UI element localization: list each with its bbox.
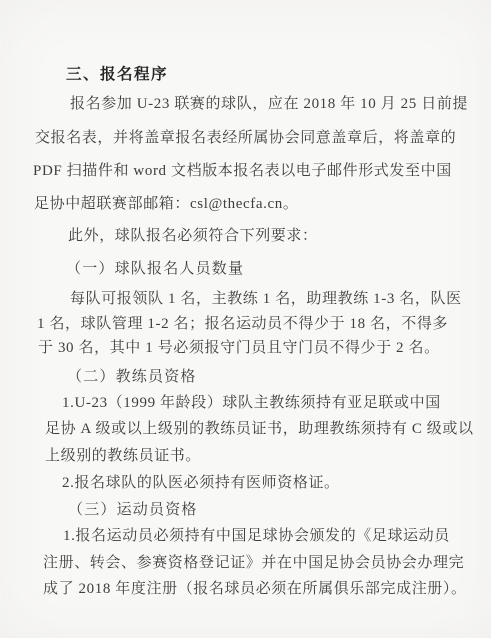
section-heading: 三、报名程序 — [66, 62, 168, 84]
text-line: 注册、转会、参赛资格登记证》并在中国足协会员协会办理完 — [43, 551, 464, 572]
text-line: 1.U-23（1999 年龄段）球队主教练须持有亚足联或中国 — [62, 391, 441, 412]
text-line: 此外，球队报名必须符合下列要求： — [68, 224, 318, 245]
text-line: 2.报名球队的队医必须持有医师资格证。 — [62, 471, 340, 492]
text-line: 上级别的教练员证书。 — [45, 444, 201, 465]
subsection-heading-3: （三）运动员资格 — [68, 498, 198, 519]
text-line-email: 足协中超联赛部邮箱：csl@thecfa.cn。 — [34, 192, 298, 213]
text-line: 足协 A 级或以上级别的教练员证书，助理教练须持有 C 级或以 — [45, 417, 474, 438]
text-line: 成了 2018 年度注册（报名球员必须在所属俱乐部完成注册）。 — [43, 577, 467, 598]
text-line: PDF 扫描件和 word 文档版本报名表以电子邮件形式发至中国 — [33, 159, 452, 180]
subsection-heading-1: （一）球队报名人员数量 — [66, 257, 244, 278]
text-line: 交报名表，并将盖章报名表经所属协会同意盖章后，将盖章的 — [35, 126, 456, 147]
text-line: 每队可报领队 1 名，主教练 1 名，助理教练 1-3 名，队医 — [70, 287, 462, 308]
text-line: 于 30 名，其中 1 号必须报守门员且守门员不得少于 2 名。 — [38, 336, 440, 357]
document-page: 三、报名程序 报名参加 U-23 联赛的球队，应在 2018 年 10 月 25… — [0, 0, 491, 638]
subsection-heading-2: （二）教练员资格 — [67, 365, 197, 386]
text-line: 报名参加 U-23 联赛的球队，应在 2018 年 10 月 25 日前提 — [70, 92, 468, 113]
text-line: 1.报名运动员必须持有中国足球协会颁发的《足球运动员 — [63, 524, 450, 545]
text-line: 1 名，球队管理 1-2 名；报名运动员不得少于 18 名，不得多 — [37, 312, 448, 333]
